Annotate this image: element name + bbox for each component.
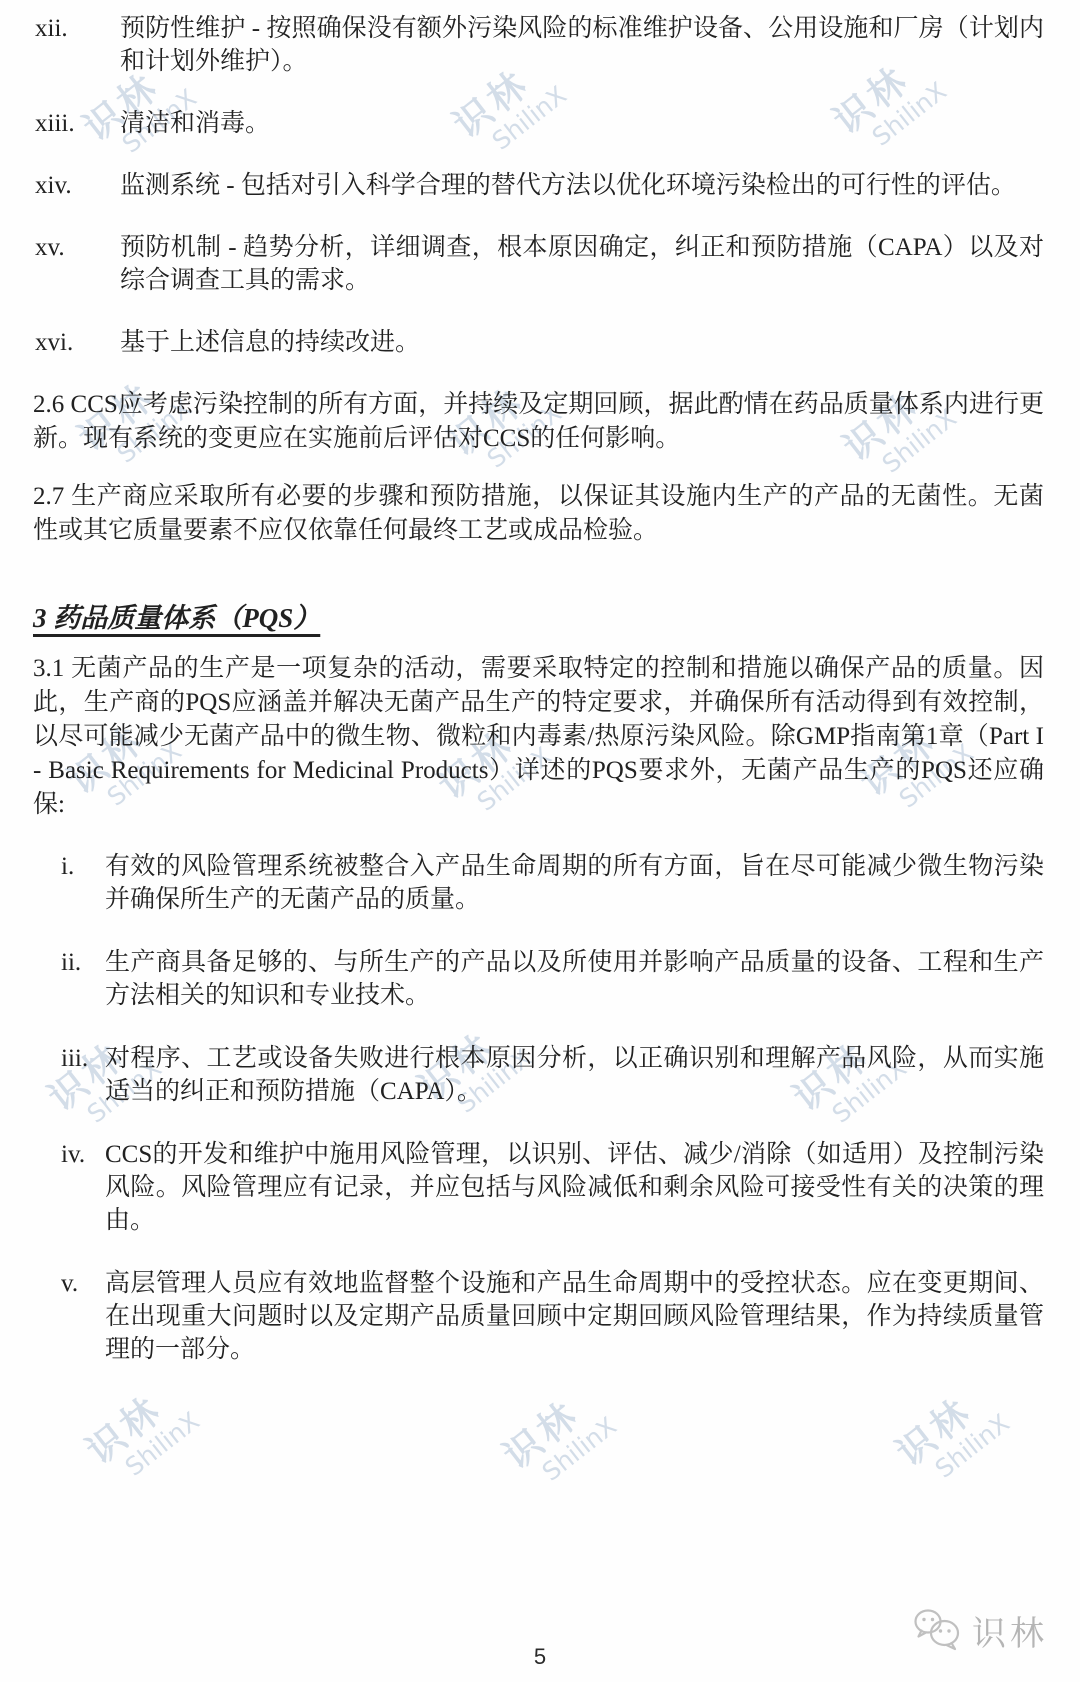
list-item-number: xv. bbox=[35, 231, 65, 264]
list-item-number: ii. bbox=[61, 946, 81, 979]
document-content: xii.预防性维护 - 按照确保没有额外污染风险的标准维护设备、公用设施和厂房（… bbox=[0, 0, 1080, 1366]
list-item-number: iv. bbox=[61, 1138, 85, 1171]
lower-item-i: i.有效的风险管理系统被整合入产品生命周期的所有方面，旨在尽可能减少微生物污染并… bbox=[33, 850, 1044, 916]
roman-item-xiv: xiv.监测系统 - 包括对引入科学合理的替代方法以优化环境污染检出的可行性的评… bbox=[33, 169, 1044, 202]
list-item-text: 预防机制 - 趋势分析，详细调查，根本原因确定，纠正和预防措施（CAPA）以及对… bbox=[120, 234, 1044, 294]
list-item-number: xiii. bbox=[35, 107, 75, 140]
section-heading-pqs: 3 药品质量体系（PQS） bbox=[33, 600, 1044, 636]
watermark-en-text: ShilinX bbox=[931, 1402, 1024, 1482]
list-item-text: 基于上述信息的持续改进。 bbox=[120, 329, 420, 356]
watermark-en-text: ShilinX bbox=[121, 1400, 214, 1480]
list-item-number: xiv. bbox=[35, 169, 72, 202]
lower-item-iv: iv.CCS的开发和维护中施用风险管理，以识别、评估、减少/消除（如适用）及控制… bbox=[33, 1138, 1044, 1237]
watermark-cn-text: 识林 bbox=[890, 1371, 1006, 1473]
roman-item-xiii: xiii.清洁和消毒。 bbox=[33, 107, 1044, 140]
list-item-text: 预防性维护 - 按照确保没有额外污染风险的标准维护设备、公用设施和厂房（计划内和… bbox=[120, 15, 1044, 75]
lower-item-ii: ii.生产商具备足够的、与所生产的产品以及所使用并影响产品质量的设备、工程和生产… bbox=[33, 946, 1044, 1012]
list-item-number: iii. bbox=[61, 1042, 88, 1075]
roman-item-xv: xv.预防机制 - 趋势分析，详细调查，根本原因确定，纠正和预防措施（CAPA）… bbox=[33, 231, 1044, 297]
watermark-en-text: ShilinX bbox=[538, 1405, 631, 1485]
list-item-number: i. bbox=[61, 850, 74, 883]
lower-item-iii: iii.对程序、工艺或设备失败进行根本原因分析，以正确识别和理解产品风险，从而实… bbox=[33, 1042, 1044, 1108]
page-number: 5 bbox=[0, 1644, 1080, 1670]
list-item-text: 生产商具备足够的、与所生产的产品以及所使用并影响产品质量的设备、工程和生产方法相… bbox=[105, 949, 1044, 1009]
watermark: 识林ShilinX bbox=[890, 1371, 1023, 1495]
lower-roman-list: i.有效的风险管理系统被整合入产品生命周期的所有方面，旨在尽可能减少微生物污染并… bbox=[33, 850, 1044, 1366]
list-item-text: 高层管理人员应有效地监督整个设施和产品生命周期中的受控状态。应在变更期间、在出现… bbox=[105, 1270, 1044, 1363]
section-heading-text: 3 药品质量体系（PQS） bbox=[33, 603, 320, 633]
list-item-text: 对程序、工艺或设备失败进行根本原因分析，以正确识别和理解产品风险，从而实施适当的… bbox=[105, 1045, 1044, 1105]
list-item-number: xvi. bbox=[35, 326, 73, 359]
roman-item-xvi: xvi.基于上述信息的持续改进。 bbox=[33, 326, 1044, 359]
list-item-text: CCS的开发和维护中施用风险管理，以识别、评估、减少/消除（如适用）及控制污染风… bbox=[105, 1141, 1044, 1234]
watermark-cn-text: 识林 bbox=[80, 1369, 196, 1471]
paragraph-2-6: 2.6 CCS应考虑污染控制的所有方面，并持续及定期回顾，据此酌情在药品质量体系… bbox=[33, 388, 1044, 456]
paragraph-2-7: 2.7 生产商应采取所有必要的步骤和预防措施，以保证其设施内生产的产品的无菌性。… bbox=[33, 480, 1044, 548]
roman-numeral-list: xii.预防性维护 - 按照确保没有额外污染风险的标准维护设备、公用设施和厂房（… bbox=[33, 12, 1044, 359]
document-page: 识林ShilinX识林ShilinX识林ShilinX识林ShilinX识林Sh… bbox=[0, 0, 1080, 1682]
watermark: 识林ShilinX bbox=[80, 1369, 213, 1493]
watermark: 识林ShilinX bbox=[497, 1374, 630, 1498]
list-item-number: xii. bbox=[35, 12, 68, 45]
list-item-text: 有效的风险管理系统被整合入产品生命周期的所有方面，旨在尽可能减少微生物污染并确保… bbox=[105, 853, 1044, 913]
paragraph-3-1: 3.1 无菌产品的生产是一项复杂的活动，需要采取特定的控制和措施以确保产品的质量… bbox=[33, 652, 1044, 822]
roman-item-xii: xii.预防性维护 - 按照确保没有额外污染风险的标准维护设备、公用设施和厂房（… bbox=[33, 12, 1044, 78]
list-item-number: v. bbox=[61, 1267, 78, 1300]
list-item-text: 监测系统 - 包括对引入科学合理的替代方法以优化环境污染检出的可行性的评估。 bbox=[120, 172, 1016, 199]
lower-item-v: v.高层管理人员应有效地监督整个设施和产品生命周期中的受控状态。应在变更期间、在… bbox=[33, 1267, 1044, 1366]
watermark-cn-text: 识林 bbox=[497, 1374, 613, 1476]
list-item-text: 清洁和消毒。 bbox=[120, 110, 270, 137]
